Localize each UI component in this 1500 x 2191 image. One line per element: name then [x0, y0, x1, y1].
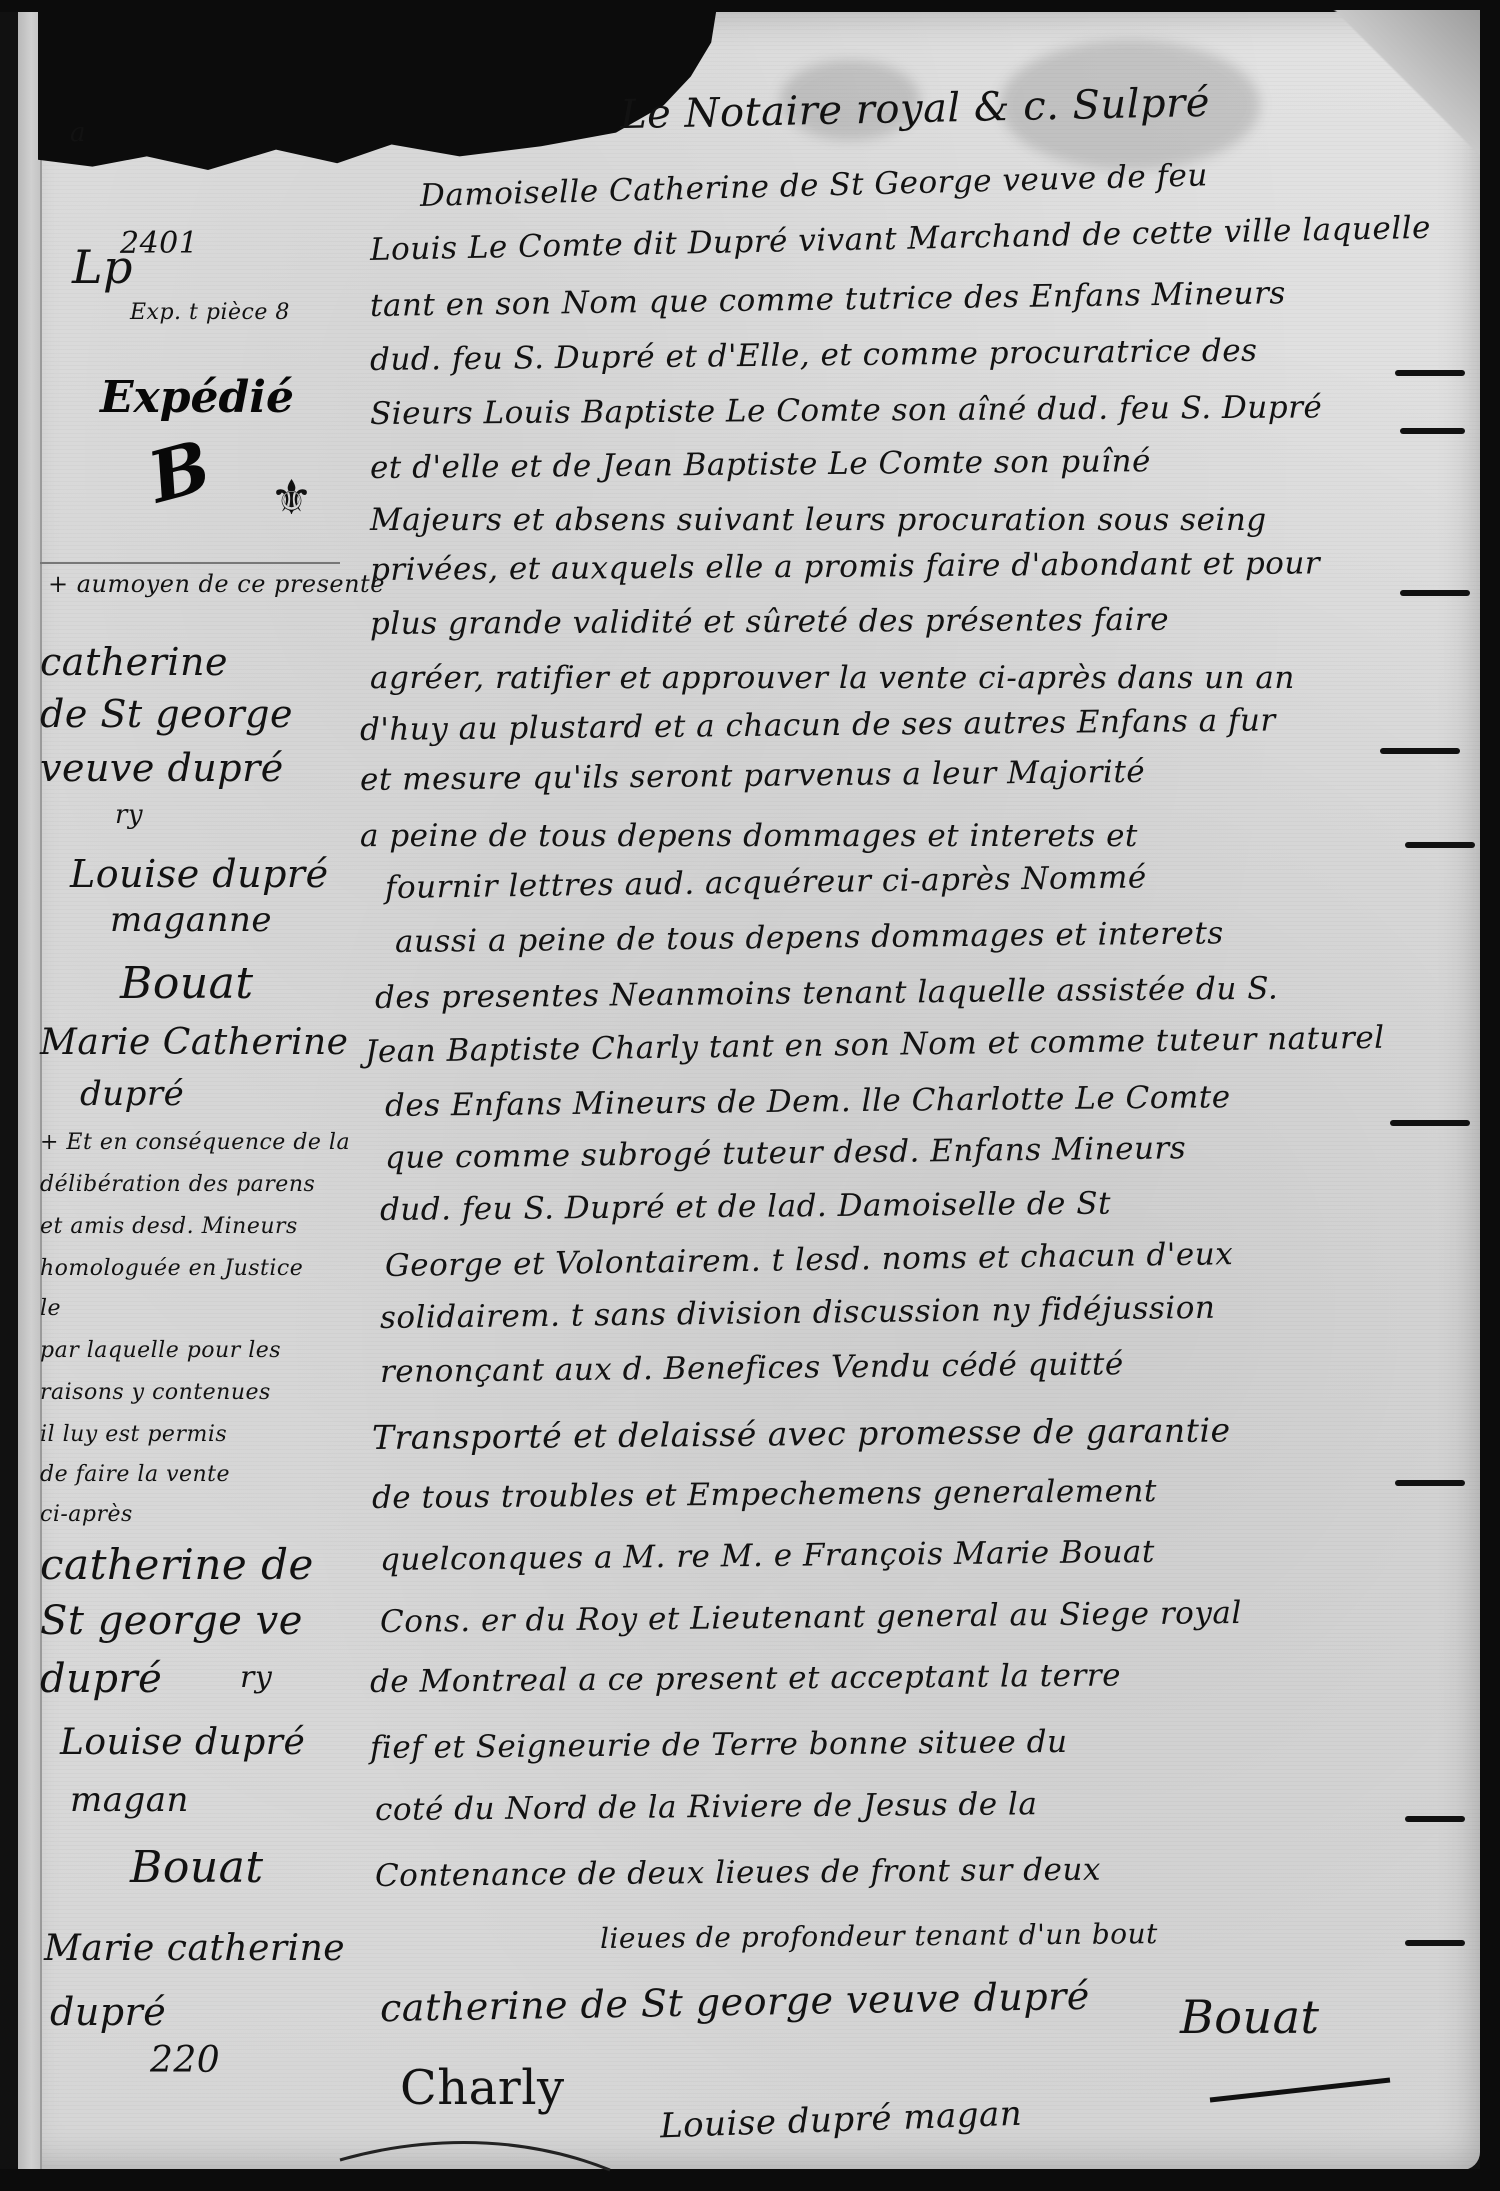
registration-note: Exp. t pièce 8 — [130, 300, 290, 325]
signature-bouat-2: Bouat — [130, 1842, 264, 1893]
signature-marie-catherine-line2: dupré — [80, 1074, 184, 1114]
signature-bouat-bottom: Bouat — [1180, 1990, 1320, 2044]
signature-louise-2: Louise dupré — [60, 1722, 305, 1763]
signature-catherine-2-line1: catherine de — [40, 1540, 314, 1589]
paraphe: ry — [240, 1660, 272, 1695]
paraphe: ry — [115, 800, 143, 830]
signature-flourish-icon — [1200, 2060, 1400, 2110]
folded-corner — [1310, 10, 1480, 160]
left-fold-strip — [18, 10, 42, 2170]
body-line: Contenance de deux lieues de front sur d… — [375, 1852, 1101, 1894]
amendment-note: + aumoyen de ce presente — [48, 570, 385, 598]
signature-marie-catherine-2: Marie catherine — [44, 1928, 345, 1969]
body-line: coté du Nord de la Riviere de Jesus de l… — [375, 1786, 1038, 1828]
amendment-line: il luy est permis — [40, 1422, 227, 1447]
signature-catherine-2-line2: St george ve — [40, 1598, 303, 1644]
body-line: a peine de tous depens dommages et inter… — [360, 818, 1138, 854]
body-line: et d'elle et de Jean Baptiste Le Comte s… — [370, 443, 1151, 486]
amendment-line: et amis desd. Mineurs — [40, 1214, 298, 1239]
signature-louise-line2: maganne — [110, 900, 272, 940]
body-line: de tous troubles et Empechemens generale… — [372, 1473, 1157, 1516]
margin-initials: Lp — [72, 240, 133, 294]
signature-marie-catherine-2-line2: dupré — [50, 1990, 166, 2034]
body-line: Sieurs Louis Baptiste Le Comte son aîné … — [370, 389, 1323, 432]
amendment-line: par laquelle pour les — [40, 1338, 281, 1363]
amendment-line: homologuée en Justice — [40, 1256, 303, 1281]
signature-bouat: Bouat — [120, 958, 254, 1009]
top-edge — [0, 0, 1500, 12]
line-end-dash — [1405, 842, 1475, 848]
amendment-line: le — [40, 1296, 61, 1321]
line-end-dash — [1395, 370, 1465, 376]
body-line: Majeurs et absens suivant leurs procurat… — [370, 502, 1267, 538]
amendment-line: ci-après — [40, 1502, 133, 1527]
signature-flourish-icon — [330, 2100, 630, 2180]
signature-catherine-line3: veuve dupré — [40, 746, 284, 790]
line-end-dash — [1405, 1940, 1465, 1946]
line-end-dash — [1380, 748, 1460, 754]
right-edge — [1480, 0, 1500, 2191]
signature-catherine-2-line3: dupré — [40, 1656, 162, 1702]
bottom-edge — [0, 2169, 1500, 2191]
margin-fragment: a — [70, 118, 86, 148]
body-line: de Montreal a ce present et acceptant la… — [370, 1657, 1121, 1700]
body-line: Transporté et delaissé avec promesse de … — [372, 1411, 1231, 1457]
signature-catherine-line2: de St george — [40, 692, 293, 736]
amendment-line: raisons y contenues — [40, 1380, 271, 1405]
line-end-dash — [1400, 428, 1465, 434]
line-end-dash — [1405, 1816, 1465, 1822]
body-line: dud. feu S. Dupré et de lad. Damoiselle … — [380, 1186, 1111, 1228]
expedie-stamp: Expédié — [100, 372, 294, 423]
signature-louise-2-line2: magan — [70, 1780, 189, 1820]
line-end-dash — [1390, 1120, 1470, 1126]
body-line: lieues de profondeur tenant d'un bout — [600, 1917, 1158, 1955]
line-end-dash — [1395, 1480, 1465, 1486]
amendment-line: délibération des parens — [40, 1172, 315, 1197]
line-end-dash — [1400, 590, 1470, 596]
body-line: privées, et auxquels elle a promis faire… — [370, 545, 1320, 588]
amendment-line: + Et en conséquence de la — [40, 1130, 350, 1155]
signature-catherine-line1: catherine — [40, 640, 228, 684]
body-line: fief et Seigneurie de Terre bonne situee… — [370, 1724, 1068, 1766]
body-line: agréer, ratifier et approuver la vente c… — [370, 660, 1295, 696]
page-total: 220 — [150, 2040, 220, 2081]
body-line: plus grande validité et sûreté des prése… — [370, 602, 1169, 642]
signature-marie-catherine: Marie Catherine — [40, 1022, 348, 1063]
fleur-de-lis-icon: ⚜ — [270, 470, 314, 526]
signature-louise: Louise dupré — [70, 852, 329, 896]
margin-rule — [40, 562, 340, 564]
amendment-line: de faire la vente — [40, 1462, 230, 1487]
